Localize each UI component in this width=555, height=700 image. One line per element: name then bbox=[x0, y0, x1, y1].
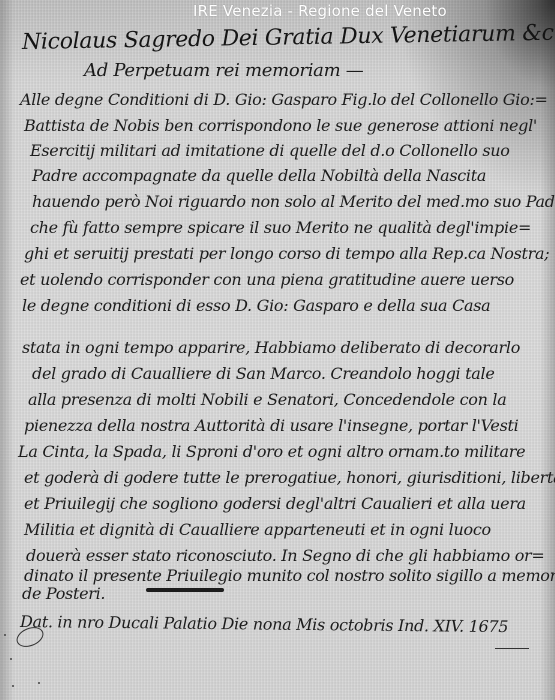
ink-speck bbox=[10, 658, 12, 660]
ink-speck bbox=[38, 682, 40, 684]
document-subheading: Ad Perpetuam rei memoriam — bbox=[84, 60, 363, 81]
signature-flourish bbox=[146, 588, 224, 592]
text-line-4: Padre accompagnate da quelle della Nobil… bbox=[32, 166, 486, 185]
text-line-12: alla presenza di molti Nobili e Senatori… bbox=[28, 390, 506, 409]
document-heading: Nicolaus Sagredo Dei Gratia Dux Venetiar… bbox=[22, 21, 555, 55]
text-line-9: le degne conditioni di esso D. Gio: Gasp… bbox=[22, 296, 490, 315]
text-line-2: Battista de Nobis ben corrispondono le s… bbox=[24, 116, 537, 135]
text-line-10: stata in ogni tempo apparire, Habbiamo d… bbox=[22, 338, 520, 357]
text-line-1: Alle degne Conditioni di D. Gio: Gasparo… bbox=[20, 90, 548, 109]
text-line-14: La Cinta, la Spada, li Sproni d'oro et o… bbox=[18, 442, 525, 461]
text-line-5: hauendo però Noi riguardo non solo al Me… bbox=[32, 192, 555, 211]
manuscript-text: Nicolaus Sagredo Dei Gratia Dux Venetiar… bbox=[0, 0, 555, 700]
dateline: Dat. in nro Ducali Palatio Die nona Mis … bbox=[20, 612, 508, 636]
text-line-6: che fù fatto sempre spicare il suo Merit… bbox=[30, 218, 531, 237]
text-line-20: de Posteri. bbox=[22, 584, 105, 603]
date-underline bbox=[495, 648, 529, 649]
text-line-7: ghi et seruitij prestati per longo corso… bbox=[24, 244, 549, 263]
ink-speck bbox=[12, 685, 14, 687]
text-line-8: et uolendo corrisponder con una piena gr… bbox=[20, 270, 514, 289]
text-line-15: et goderà di godere tutte le prerogatiue… bbox=[24, 468, 555, 487]
text-line-19: dinato il presente Priuilegio munito col… bbox=[24, 566, 555, 585]
ink-speck bbox=[4, 634, 6, 636]
text-line-3: Esercitij militari ad imitatione di quel… bbox=[30, 141, 510, 160]
text-line-16: et Priuilegij che sogliono godersi degl'… bbox=[24, 494, 526, 513]
manuscript-scan: IRE Venezia - Regione del Veneto Nicolau… bbox=[0, 0, 555, 700]
text-line-13: pienezza della nostra Auttorità di usare… bbox=[24, 416, 518, 435]
text-line-18: douerà esser stato riconosciuto. In Segn… bbox=[26, 546, 545, 565]
text-line-17: Militia et dignità di Caualliere apparte… bbox=[24, 520, 491, 539]
text-line-11: del grado di Caualliere di San Marco. Cr… bbox=[32, 364, 494, 383]
